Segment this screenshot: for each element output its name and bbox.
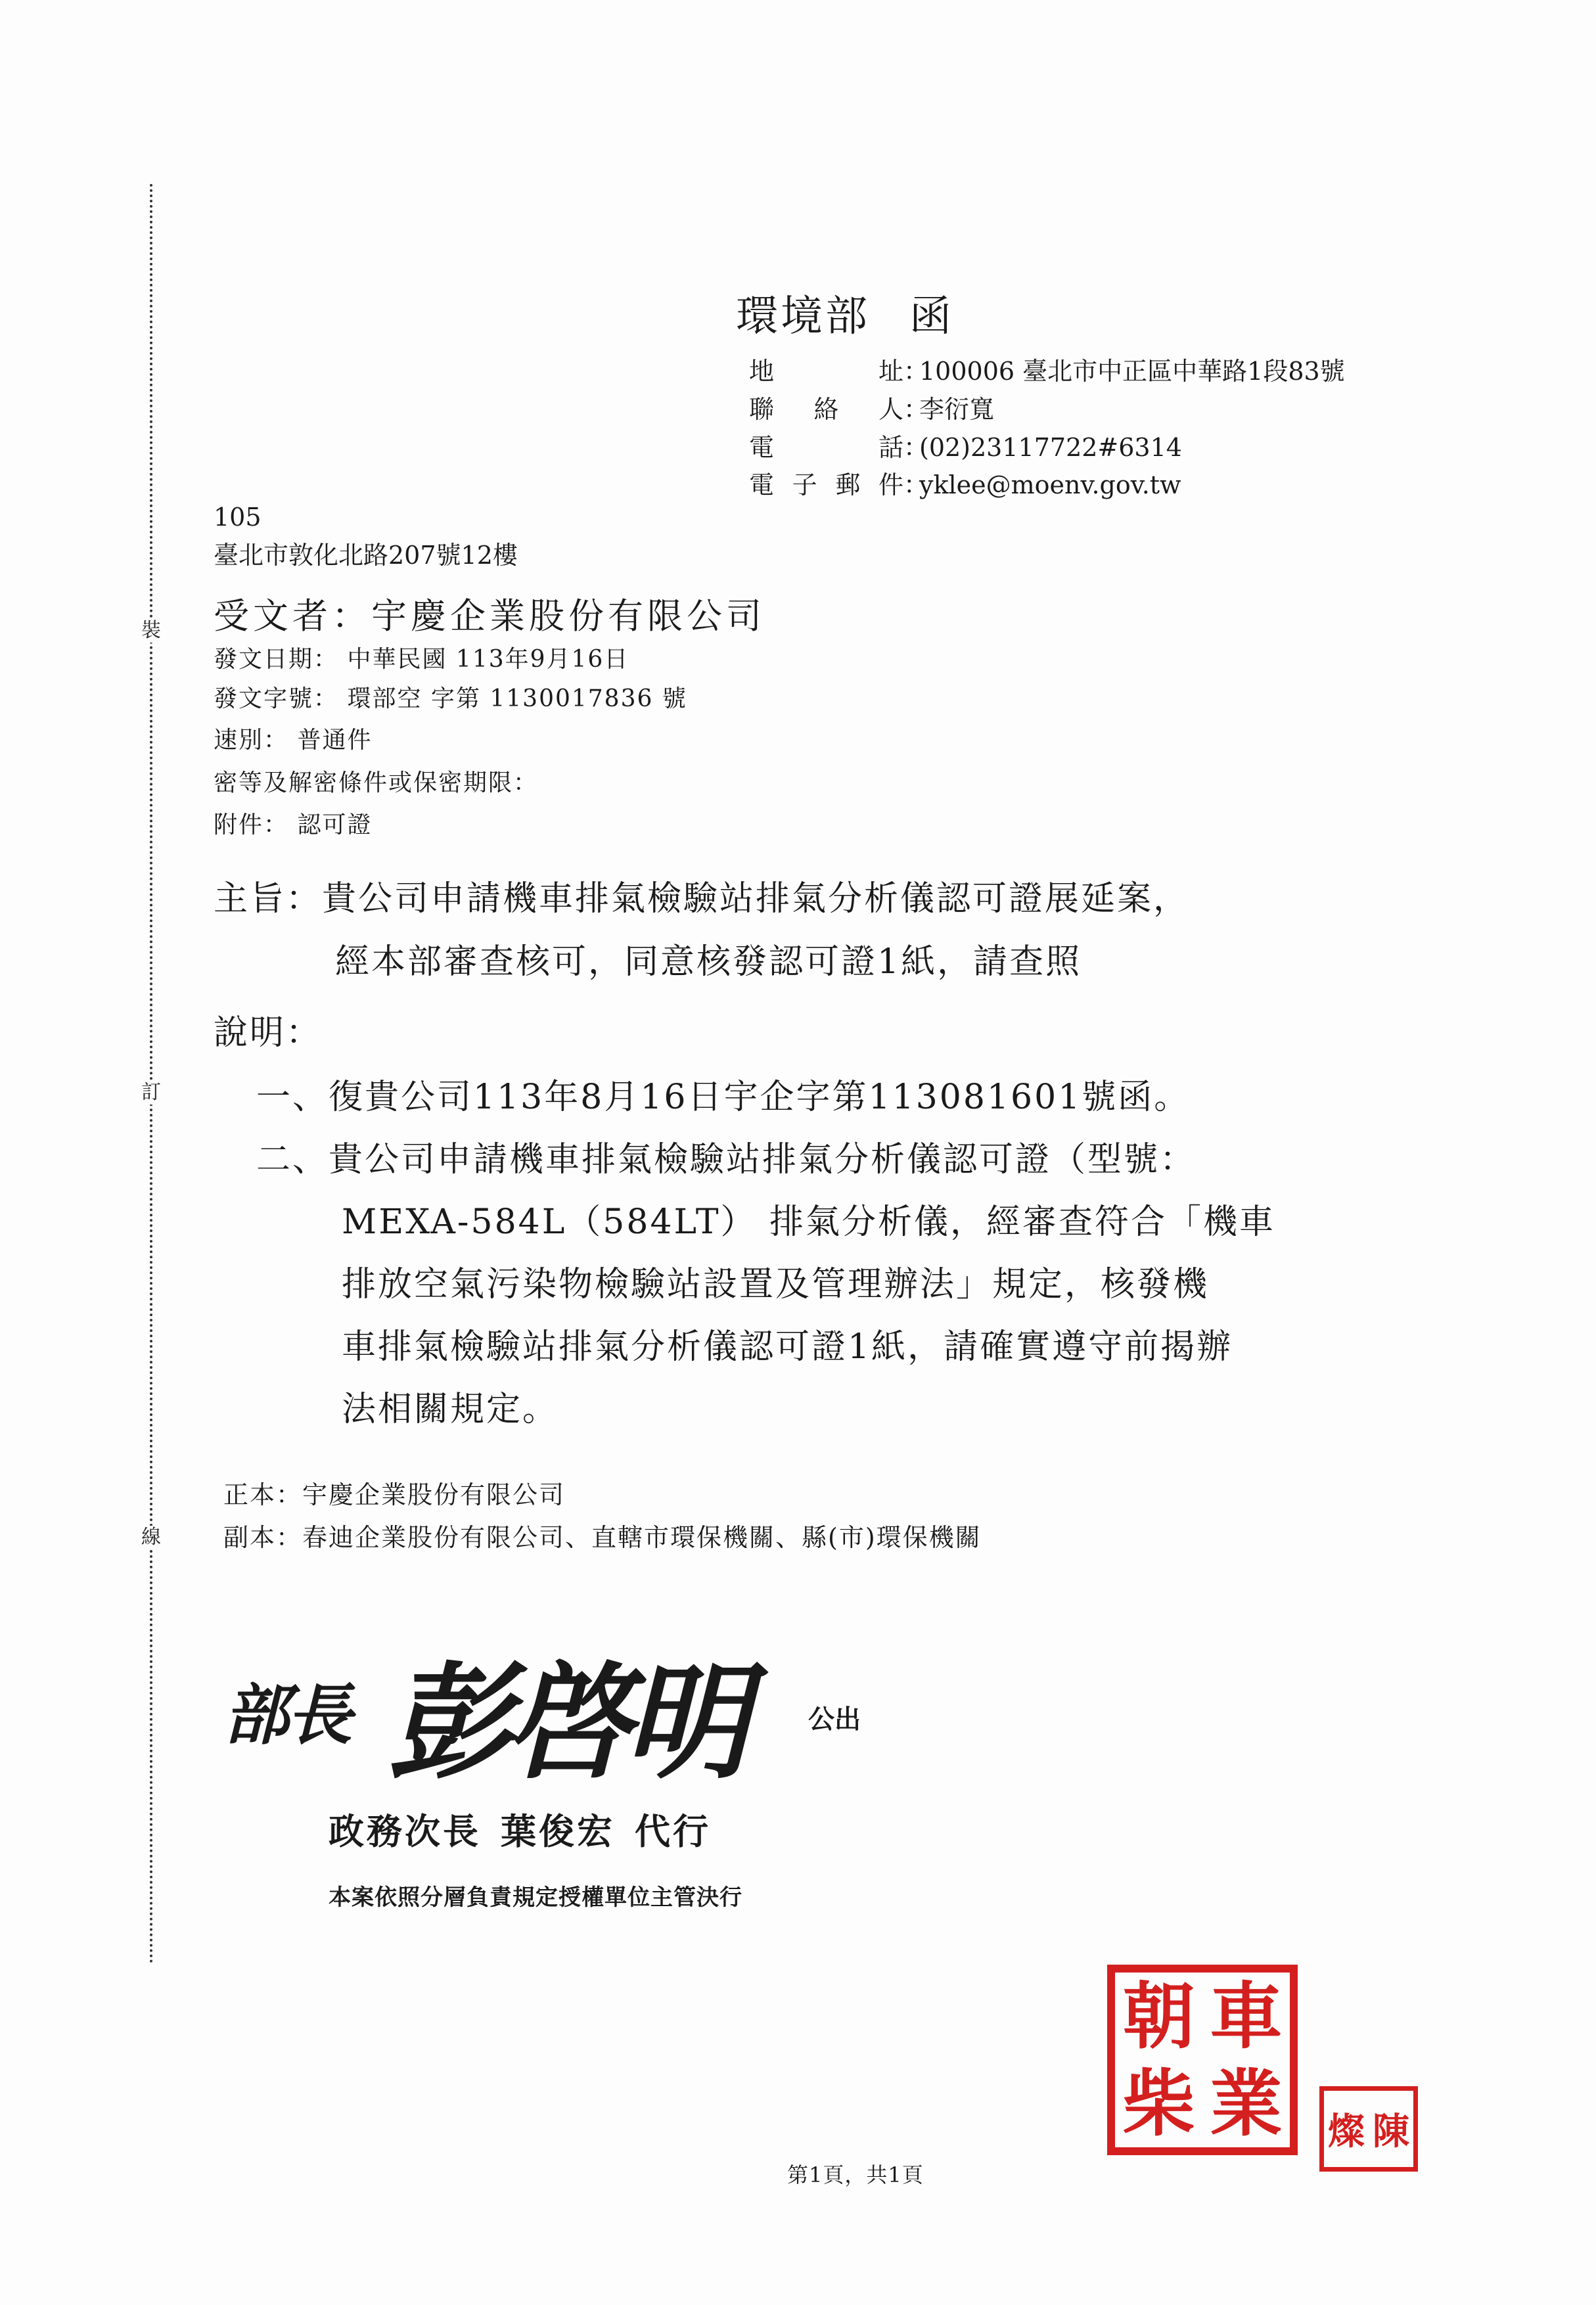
copy-recipients: 副本：春迪企業股份有限公司、直轄市環保機關、縣(市)環保機關 [223,1521,982,1554]
contact-value: yklee@moenv.gov.tw [919,470,1181,499]
document-number: 發文字號： 環部空 字第 1130017836 號 [214,683,687,715]
company-seal-stamp: 朝 車 柴 業 [1107,1965,1298,2155]
subject-line-2: 經本部審查核可，同意核發認可證1紙，請查照 [335,941,1082,983]
urgency: 速別： 普通件 [214,725,372,756]
subject-line-1: 主旨：貴公司申請機車排氣檢驗站排氣分析儀認可證展延案， [214,878,1189,920]
minister-title: 部長 [223,1662,350,1757]
issue-date: 發文日期： 中華民國 113年9月16日 [214,644,629,675]
contact-person: 聯絡人：李衍寬 [749,393,994,426]
explanation-item-2-line-4: 車排氣檢驗站排氣分析儀認可證1紙，請確實遵守前揭辦 [342,1326,1233,1368]
binding-mark-xian: 線 [139,1526,163,1549]
deputy-action: 代行 [635,1810,711,1852]
contact-phone: 電話：(02)23117722#6314 [749,431,1182,464]
personal-seal-stamp: 燦 陳 [1319,2086,1418,2172]
subject-label: 主旨： [214,879,322,919]
explanation-item-2-line-5: 法相關規定。 [342,1388,559,1430]
minister-signature: 彭啓明 [388,1623,742,1802]
item-number: 一、 [256,1078,329,1117]
explanation-item-2-line-3: 排放空氣污染物檢驗站設置及管理辦法」規定，核發機 [342,1264,1209,1306]
binding-mark-ding: 訂 [139,1081,163,1105]
binding-line [150,184,152,1965]
attachment: 附件： 認可證 [214,810,372,841]
contact-label: 地址 [749,355,903,388]
postal-code: 105 [214,501,262,534]
delegation-note: 本案依照分層負責規定授權單位主管決行 [329,1879,742,1911]
explanation-item-2-line-1: 二、貴公司申請機車排氣檢驗站排氣分析儀認可證（型號： [256,1139,1196,1181]
contact-label: 聯絡人 [749,393,903,426]
contact-value: 李衍寬 [919,395,994,424]
document-title: 環境部函 [736,283,954,343]
contact-label: 電子郵件 [749,468,903,501]
page-number: 第1頁，共1頁 [787,2158,924,2189]
travel-note: 公出 [808,1699,861,1736]
recipient-label: 受文者： [214,595,371,637]
explanation-label: 說明： [214,1012,322,1054]
contact-label: 電話 [749,431,903,464]
explanation-item-1: 一、復貴公司113年8月16日宇企字第113081601號函。 [256,1076,1190,1118]
item-number: 二、 [256,1140,329,1179]
contact-value: (02)23117722#6314 [919,433,1182,462]
recipient-address: 臺北市敦化北路207號12樓 [214,539,518,572]
recipient: 受文者：宇慶企業股份有限公司 [214,588,765,639]
recipient-name: 宇慶企業股份有限公司 [371,595,765,637]
confidentiality: 密等及解密條件或保密期限： [214,767,538,799]
explanation-item-2-line-2: MEXA-584L（584LT） 排氣分析儀，經審查符合「機車 [342,1201,1275,1243]
deputy-title: 政務次長 [329,1810,481,1852]
contact-email: 電子郵件：yklee@moenv.gov.tw [749,468,1181,501]
contact-address: 地址：100006 臺北市中正區中華路1段83號 [749,355,1345,388]
deputy-name: 葉俊宏 [501,1810,615,1852]
document-type: 函 [909,292,954,341]
deputy-signature: 政務次長葉俊宏代行 [329,1804,711,1854]
original-recipient: 正本：宇慶企業股份有限公司 [223,1478,565,1511]
contact-value: 100006 臺北市中正區中華路1段83號 [919,357,1345,386]
binding-mark-zhuang: 裝 [139,619,163,643]
agency-name: 環境部 [736,292,870,341]
